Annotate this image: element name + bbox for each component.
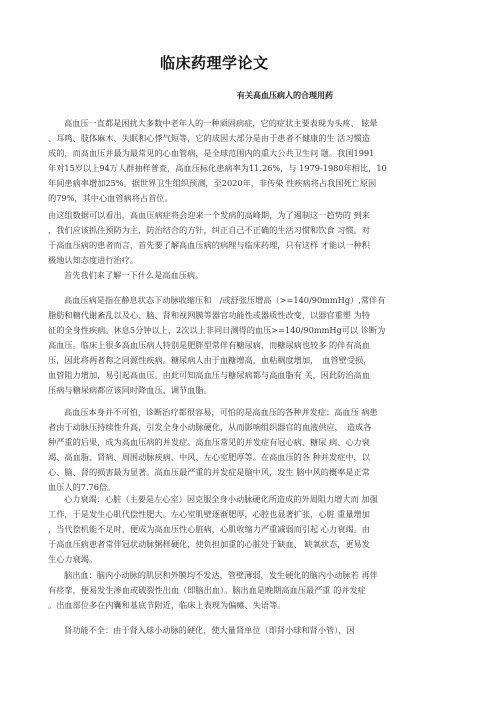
text-line: 肾功能不全：由于肾入球小动脉的硬化，使大量肾单位（即肾小球和肾小管），因 bbox=[48, 623, 458, 638]
text-line: 脂肪和糖代谢紊乱以及心、脑、肾和视网膜等器官功能性或器质性改变，以器官重塑 为特 bbox=[48, 308, 458, 323]
text-line: 于高血压病患者常伴冠状动脉粥样硬化，使负担加重的心脏处于缺血、 缺氧状态，更易发 bbox=[48, 537, 458, 552]
paragraph-heart-failure: 心力衰竭：心脏（主要是左心室）因克服全身小动脉硬化所造成的外周阻力增大而 加强 … bbox=[48, 492, 458, 567]
paragraph-complications: 高血压本身并不可怕，诊断治疗都很容易，可怕的是高血压的各种并发症；高血压 病患 … bbox=[48, 405, 458, 495]
document-subtitle: 有关高血压病人的合理用药 bbox=[237, 90, 333, 101]
text-line: 的79%，其中心血管病将占首位。 bbox=[48, 191, 458, 206]
text-line: ，当代偿机能不足时，便成为高血压性心脏病，心肌收缩力严重减弱而引起 心力衰竭。由 bbox=[48, 522, 458, 537]
text-line: 、耳鸣、肢体麻木、失眠和心悸气短等，它的成因大部分是由于患者不健康的生 活习惯造 bbox=[48, 131, 458, 146]
text-line: 工作，于是发生心肌代偿性肥大。左心室肌壁逐渐肥厚，心腔也显著扩张，心脏 重量增加 bbox=[48, 507, 458, 522]
text-line: 年间患病率增加25%。据世界卫生组织预测，至2020年，非传染 性疾病将占我国死… bbox=[48, 176, 458, 191]
text-line: 高血压一直都是困扰大多数中老年人的一种顽固病症，它的症状主要表现为头疼、 眩晕 bbox=[48, 116, 458, 131]
text-line: 生心力衰竭。 bbox=[48, 552, 458, 567]
paragraph-renal-insufficiency: 肾功能不全：由于肾入球小动脉的硬化，使大量肾单位（即肾小球和肾小管），因 bbox=[48, 623, 458, 638]
text-line: ，我们应该抓住预防为主，防治结合的方针，纠正自己不正确的生活习惯和饮食 习惯。对 bbox=[48, 223, 458, 238]
text-line: 竭、高血脂、肾病、周围动脉疾病、中风、左心室肥厚等。在高血压的各 种并发症中，以 bbox=[48, 450, 458, 465]
text-line: 血管阻力增加，易引起高血压。由此可知高血压与糖尿病都与高血脂有 关，因此防治高血 bbox=[48, 368, 458, 383]
document-title: 临床药理学论文 bbox=[160, 52, 269, 73]
text-line: 种严重的后果，成为高血压病的并发症。高血压常见的并发症有冠心病、糖尿 病、心力衰 bbox=[48, 435, 458, 450]
text-line: 心、脑、肾的损害最为显著。高血压最严重的并发症是脑中风，发生 脑中风的概率是正常 bbox=[48, 465, 458, 480]
text-line: 成的，而高血压并最为最常见的心血管病，是全球范围内的重大公共卫生问 题。我国19… bbox=[48, 146, 458, 161]
text-line: 年对15岁以上94万人群抽样普查，高血压标化患病率为11.26%，与 1979-… bbox=[48, 161, 458, 176]
text-line: 高血压病是指在静息状态下动脉收缩压和 /或舒张压增高（>=140/90mmHg）… bbox=[48, 293, 458, 308]
paragraph-trend: 由这组数据可以看出，高血压病症将会迎来一个发病的高峰期，为了遏制这一趋势的 到来… bbox=[48, 208, 458, 268]
text-line: 心力衰竭：心脏（主要是左心室）因克服全身小动脉硬化所造成的外周阻力增大而 加强 bbox=[48, 492, 458, 507]
paragraph-cerebral-hemorrhage: 脑出血：脑内小动脉的肌层和外膜均不发达，管壁薄弱，发生硬化的脑内小动脉若 再伴 … bbox=[48, 568, 458, 613]
paragraph-definition: 高血压病是指在静息状态下动脉收缩压和 /或舒张压增高（>=140/90mmHg）… bbox=[48, 293, 458, 398]
text-line: 压病与糖尿病都应该同时降血压、调节血脂。 bbox=[48, 383, 458, 398]
text-line: 有痉挛，便易发生渗血或破裂性出血（即脑出血）。脑出血是晚期高血压最严重 的并发症 bbox=[48, 583, 458, 598]
text-line: 首先我们来了解一下什么是高血压病。 bbox=[48, 268, 458, 283]
text-line: 。出血部位多在内囊和基底节附近，临床上表现为偏瘫、失语等。 bbox=[48, 598, 458, 613]
text-line: 征的全身性疾病。休息5分钟以上，2次以上非同日测得的血压>=140/90mmHg… bbox=[48, 323, 458, 338]
text-line: 由这组数据可以看出，高血压病症将会迎来一个发病的高峰期，为了遏制这一趋势的 到来 bbox=[48, 208, 458, 223]
paragraph-intro: 高血压一直都是困扰大多数中老年人的一种顽固病症，它的症状主要表现为头疼、 眩晕 … bbox=[48, 116, 458, 206]
text-line: 高血压本身并不可怕，诊断治疗都很容易，可怕的是高血压的各种并发症；高血压 病患 bbox=[48, 405, 458, 420]
text-line: 脑出血：脑内小动脉的肌层和外膜均不发达，管壁薄弱，发生硬化的脑内小动脉若 再伴 bbox=[48, 568, 458, 583]
document-page: 临床药理学论文 有关高血压病人的合理用药 高血压一直都是困扰大多数中老年人的一种… bbox=[0, 0, 500, 707]
text-line: 者由于动脉压持续性升高，引发全身小动脉硬化，从而影响组织器官的血液供应， 造成各 bbox=[48, 420, 458, 435]
text-line: 压，因此将两者称之同源性疾病。糖尿病人由于血糖增高，血粘稠度增加， 血管壁受损， bbox=[48, 353, 458, 368]
text-line: 于高血压病的患者而言，首先要了解高血压病的病理与临床药理，只有这样 才能以一种积 bbox=[48, 238, 458, 253]
paragraph-question: 首先我们来了解一下什么是高血压病。 bbox=[48, 268, 458, 283]
text-line: 高血压。临床上很多高血压病人特别是肥胖型常伴有糖尿病，而糖尿病也较多 的伴有高血 bbox=[48, 338, 458, 353]
text-line: 极地认知态度进行治疗。 bbox=[48, 253, 458, 268]
